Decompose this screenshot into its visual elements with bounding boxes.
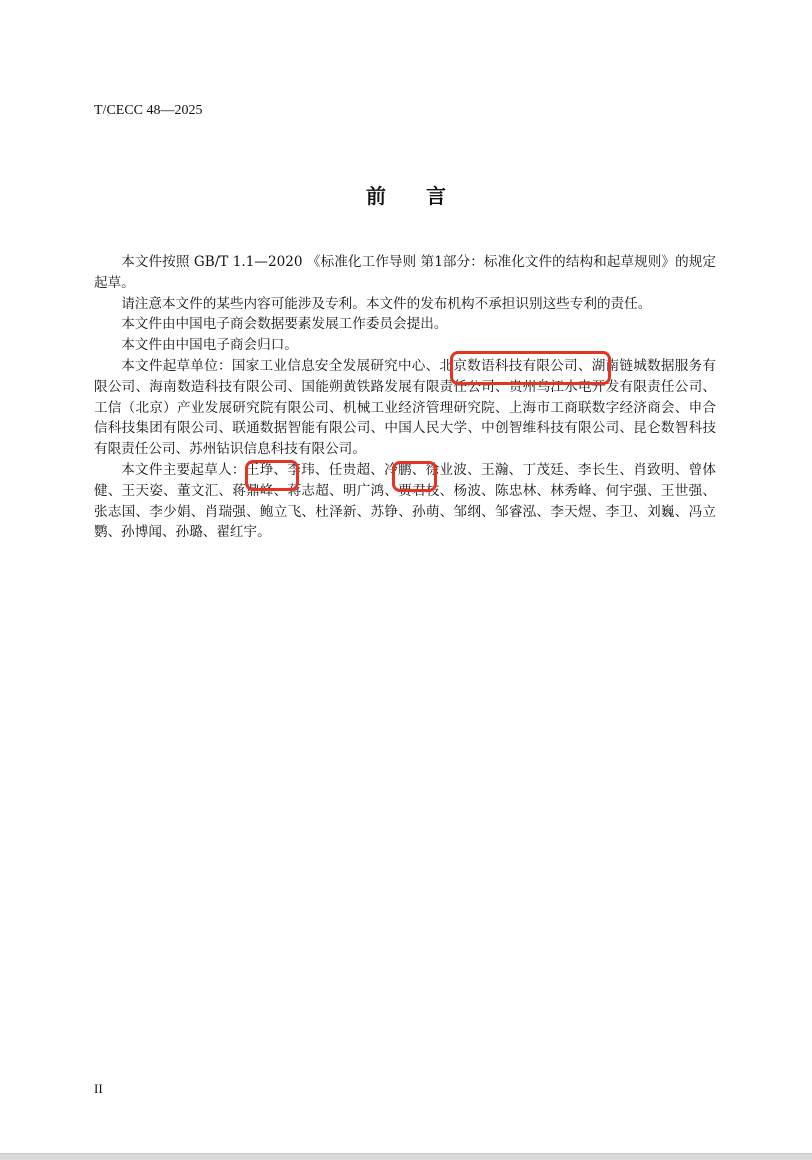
paragraph-drafters: 本文件主要起草人：王琤、李玮、任贵超、冷鹏、徐业波、王瀚、丁茂廷、李长生、肖致明… [94, 460, 716, 543]
page-number: II [94, 1081, 103, 1097]
title-char-1: 前 [366, 180, 386, 209]
paragraph-proposer: 本文件由中国电子商会数据要素发展工作委员会提出。 [94, 314, 716, 335]
paragraph-drafting-units: 本文件起草单位：国家工业信息安全发展研究中心、北京数语科技有限公司、湖南链城数据… [94, 356, 716, 460]
page-title: 前言 [0, 180, 812, 209]
document-page: T/CECC 48—2025 前言 本文件按照 GB/T 1.1—2020 《标… [0, 0, 812, 1153]
document-code: T/CECC 48—2025 [94, 103, 203, 119]
paragraph-patent-notice: 请注意本文件的某些内容可能涉及专利。本文件的发布机构不承担识别这些专利的责任。 [94, 294, 716, 315]
paragraph-administrator: 本文件由中国电子商会归口。 [94, 335, 716, 356]
foreword-body: 本文件按照 GB/T 1.1—2020 《标准化工作导则 第1部分：标准化文件的… [94, 252, 716, 543]
title-char-2: 言 [426, 180, 446, 209]
paragraph-drafting-rules: 本文件按照 GB/T 1.1—2020 《标准化工作导则 第1部分：标准化文件的… [94, 252, 716, 294]
page-bottom-edge [0, 1153, 812, 1160]
